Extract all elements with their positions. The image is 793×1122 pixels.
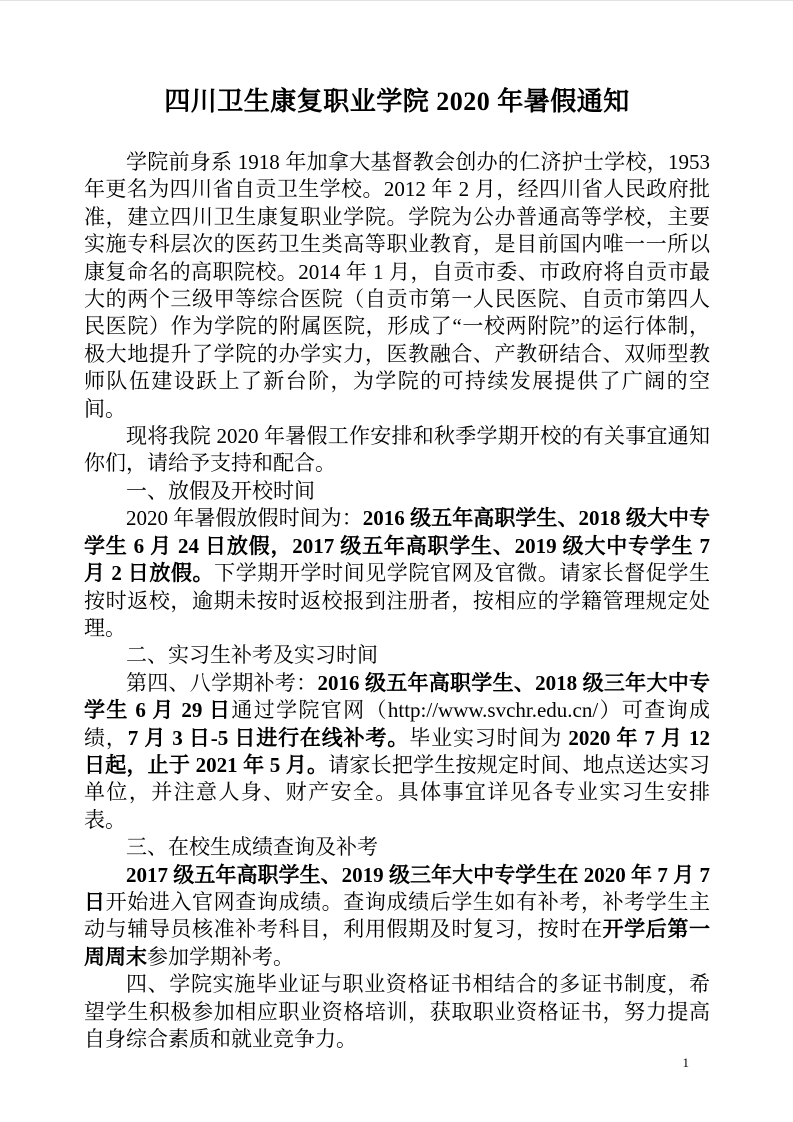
text-run: 一、放假及开校时间 — [126, 479, 315, 503]
paragraph-section-2: 第四、八学期补考：2016 级五年高职学生、2018 级三年大中专学生 6 月 … — [84, 670, 710, 834]
paragraph-section-3: 2017 级五年高职学生、2019 级三年大中专学生在 2020 年 7 月 7… — [84, 862, 710, 972]
paragraph-notice-intro: 现将我院 2020 年暑假工作安排和秋季学期开校的有关事宜通知你们，请给予支持和… — [84, 423, 710, 478]
paragraph-section-4: 四、学院实施毕业证与职业资格证书相结合的多证书制度，希望学生积极参加相应职业资格… — [84, 971, 710, 1053]
heading-section-2: 二、实习生补考及实习时间 — [84, 642, 710, 669]
heading-section-3: 三、在校生成绩查询及补考 — [84, 834, 710, 861]
text-run-bold: 7 月 3 日-5 日进行在线补考。 — [128, 726, 410, 750]
page-number: 1 — [683, 1055, 690, 1070]
text-run: 四、学院实施毕业证与职业资格证书相结合的多证书制度，希望学生积极参加相应职业资格… — [84, 972, 710, 1051]
text-run: 学院前身系 1918 年加拿大基督教会创办的仁济护士学校，1953 年更名为四川… — [84, 150, 710, 421]
text-run: 毕业实习时间为 — [409, 726, 568, 750]
document-body: 学院前身系 1918 年加拿大基督教会创办的仁济护士学校，1953 年更名为四川… — [84, 149, 710, 1053]
heading-section-1: 一、放假及开校时间 — [84, 478, 710, 505]
paragraph-history: 学院前身系 1918 年加拿大基督教会创办的仁济护士学校，1953 年更名为四川… — [84, 149, 710, 423]
text-run: 第四、八学期补考： — [126, 671, 317, 695]
text-run: 参加学期补考。 — [147, 945, 294, 969]
document-page: 四川卫生康复职业学院 2020 年暑假通知 学院前身系 1918 年加拿大基督教… — [0, 0, 793, 1122]
document-title: 四川卫生康复职业学院 2020 年暑假通知 — [84, 85, 710, 119]
text-run: 现将我院 2020 年暑假工作安排和秋季学期开校的有关事宜通知你们，请给予支持和… — [84, 424, 710, 475]
document-content: 四川卫生康复职业学院 2020 年暑假通知 学院前身系 1918 年加拿大基督教… — [84, 85, 710, 1053]
text-run: 三、在校生成绩查询及补考 — [126, 835, 378, 859]
paragraph-section-1: 2020 年暑假放假时间为：2016 级五年高职学生、2018 级大中专学生 6… — [84, 505, 710, 642]
text-run: 二、实习生补考及实习时间 — [126, 643, 378, 667]
text-run: 2020 年暑假放假时间为： — [126, 506, 363, 530]
